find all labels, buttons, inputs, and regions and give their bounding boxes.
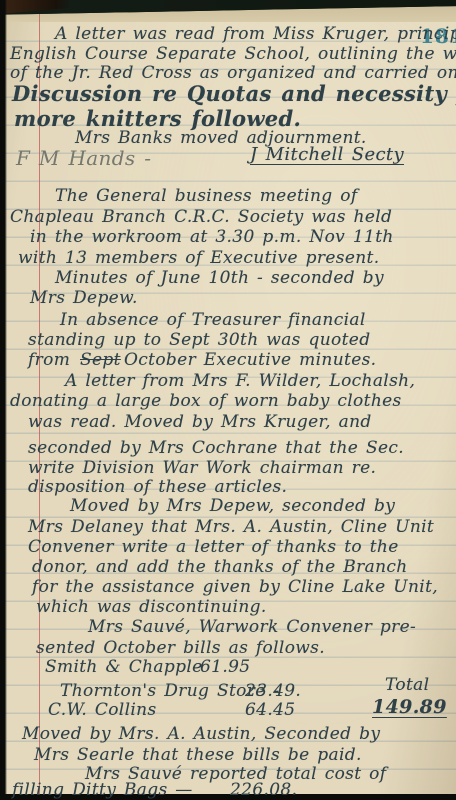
manuscript-line: donating a large box of worn baby clothe… bbox=[10, 391, 402, 411]
manuscript-line: Discussion re Quotas and necessity for bbox=[12, 81, 456, 106]
manuscript-line: in the workroom at 3.30 p.m. Nov 11th bbox=[30, 227, 394, 247]
manuscript-line: Minutes of June 10th - seconded by bbox=[55, 268, 384, 288]
manuscript-line: Mrs Sauvé, Warwork Convener pre- bbox=[88, 617, 416, 637]
manuscript-line: 61.95 bbox=[200, 657, 250, 677]
manuscript-line: Sept bbox=[80, 350, 121, 370]
manuscript-line: Chapleau Branch C.R.C. Society was held bbox=[10, 207, 392, 227]
manuscript-line: F M Hands - bbox=[16, 146, 151, 170]
manuscript-line: The General business meeting of bbox=[55, 186, 357, 206]
manuscript-line: disposition of these articles. bbox=[28, 477, 287, 497]
manuscript-line: Total bbox=[385, 675, 429, 695]
manuscript-line: was read. Moved by Mrs Kruger, and bbox=[28, 412, 372, 432]
manuscript-line: donor, and add the thanks of the Branch bbox=[32, 557, 408, 577]
manuscript-line: Moved by Mrs. A. Austin, Seconded by bbox=[22, 724, 380, 744]
manuscript-line: of the Jr. Red Cross as organized and ca… bbox=[10, 63, 456, 83]
manuscript-line: Mrs Depew. bbox=[30, 288, 138, 308]
manuscript-line: In absence of Treasurer financial bbox=[60, 310, 366, 330]
manuscript-line: Moved by Mrs Depew, seconded by bbox=[70, 496, 395, 516]
manuscript-line: English Course Separate School, outlinin… bbox=[10, 44, 456, 64]
manuscript-line: Smith & Chapple bbox=[45, 657, 203, 677]
manuscript-line: write Division War Work chairman re. bbox=[28, 458, 376, 478]
manuscript-line: 226.08. bbox=[230, 780, 297, 800]
manuscript-line: seconded by Mrs Cochrane that the Sec. bbox=[28, 438, 404, 458]
manuscript-line: for the assistance given by Cline Lake U… bbox=[32, 577, 438, 597]
manuscript-line: Mrs Searle that these bills be paid. bbox=[34, 745, 362, 765]
manuscript-line: Convener write a letter of thanks to the bbox=[28, 537, 399, 557]
manuscript-text-layer: 181 A letter was read from Miss Kruger, … bbox=[0, 0, 456, 800]
manuscript-line: filling Ditty Bags — bbox=[12, 780, 193, 800]
manuscript-line: C.W. Collins bbox=[48, 700, 157, 720]
manuscript-line: from bbox=[28, 350, 70, 370]
manuscript-line: Mrs Delaney that Mrs. A. Austin, Cline U… bbox=[28, 517, 434, 537]
scanned-minute-book-page: { "document": { "kind": "handwritten mee… bbox=[0, 0, 456, 800]
manuscript-line: 149.89 bbox=[372, 696, 447, 718]
manuscript-line: standing up to Sept 30th was quoted bbox=[28, 330, 370, 350]
manuscript-line: with 13 members of Executive present. bbox=[18, 248, 380, 268]
manuscript-line: which was discontinuing. bbox=[36, 597, 267, 617]
manuscript-line: J Mitchell Secty bbox=[250, 144, 404, 165]
manuscript-line: 23.49. bbox=[245, 681, 301, 701]
manuscript-line: A letter from Mrs F. Wilder, Lochalsh, bbox=[65, 371, 415, 391]
manuscript-line: A letter was read from Miss Kruger, prin… bbox=[55, 24, 456, 44]
manuscript-line: 64.45 bbox=[245, 700, 295, 720]
manuscript-line: October Executive minutes. bbox=[124, 350, 376, 370]
manuscript-line: sented October bills as follows. bbox=[36, 638, 325, 658]
